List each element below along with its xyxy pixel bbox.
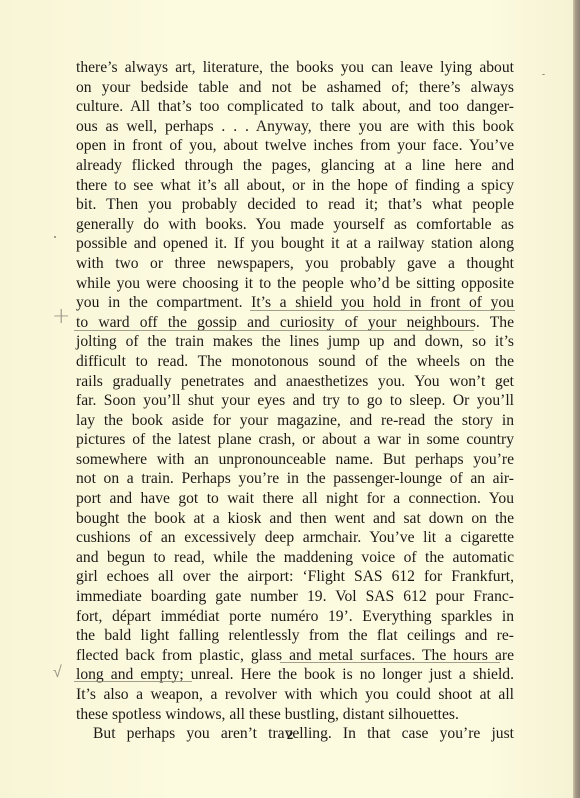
text-line: immediate boarding gate number 19. Vol S… [76,587,514,607]
text-line: with two or three newspapers, you probab… [76,254,514,274]
text-line: long and empty; unreal. Here the book is… [76,665,514,685]
text-line: the bald light falling relentlessly from… [76,626,514,646]
text-line: lay the book aside for your magazine, an… [76,411,514,431]
check-margin-icon: √ [53,662,62,682]
pencil-underline [74,330,474,331]
text-line: bought the book at a kiosk and then went… [76,509,514,529]
text-line: possible and opened it. If you bought it… [76,234,514,254]
text-line: girl echoes all over the airport: ‘Fligh… [76,567,514,587]
text-line: cushions of an excessively deep armchair… [76,528,514,548]
text-line: somewhere with an unpronounceable name. … [76,450,514,470]
text-line: open in front of you, about twelve inche… [76,136,514,156]
text-line: port and have got to wait there all nigh… [76,489,514,509]
pencil-underline [74,681,192,682]
text-line: generally do with books. You made yourse… [76,215,514,235]
page-edge [573,0,580,798]
text-line: culture. All that’s too complicated to t… [76,97,514,117]
text-line: there to see what it’s all about, or in … [76,176,514,196]
text-line: bit. Then you probably decided to read i… [76,195,514,215]
text-line: fort, départ immédiat porte numéro 19’. … [76,607,514,627]
text-line: difficult to read. The monotonous sound … [76,352,514,372]
text-line: ous as well, perhaps . . . Anyway, there… [76,117,514,137]
text-line: It’s also a weapon, a revolver with whic… [76,685,514,705]
paper-speck [542,74,545,75]
pencil-underline [250,310,515,311]
pencil-underline [280,662,500,663]
text-line: not on a train. Perhaps you’re in the pa… [76,469,514,489]
text-line: while you were choosing it to the people… [76,274,514,294]
plus-margin-icon: + [52,304,70,329]
text-line: rails gradually penetrates and anaesthet… [76,372,514,392]
paper-speck [54,236,56,238]
text-line: and begun to read, while the maddening v… [76,548,514,568]
text-line: there’s always art, literature, the book… [76,58,514,78]
text-line: pictures of the latest plane crash, or a… [76,430,514,450]
page-number: 2 [0,727,580,743]
text-line: already flicked through the pages, glanc… [76,156,514,176]
body-text: there’s always art, literature, the book… [76,58,514,744]
text-line: on your bedside table and not be ashamed… [76,78,514,98]
text-line: these spotless windows, all these bustli… [76,705,514,725]
text-line: jolting of the train makes the lines jum… [76,332,514,352]
text-line: far. Soon you’ll shut your eyes and try … [76,391,514,411]
